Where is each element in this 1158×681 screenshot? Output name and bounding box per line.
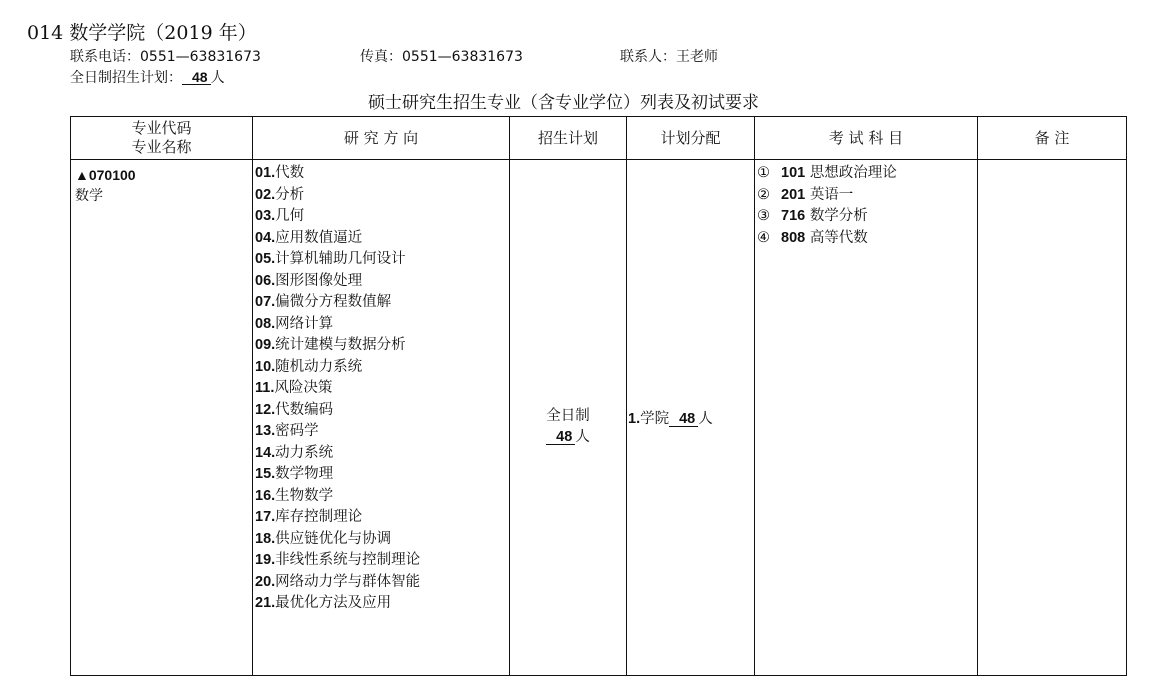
exam-code: 716 [781, 208, 805, 224]
exam-item: ④808 高等代数 [757, 228, 977, 250]
header-code: 专业代码 [71, 119, 252, 138]
direction-item: 18.供应链优化与协调 [255, 529, 509, 551]
circled-number: ④ [757, 228, 781, 250]
direction-item: 03.几何 [255, 206, 509, 228]
major-name: 数学 [75, 186, 248, 207]
exam-item: ①101 思想政治理论 [757, 163, 977, 185]
header-remarks: 备 注 [978, 117, 1127, 160]
direction-item: 15.数学物理 [255, 464, 509, 486]
direction-number: 06. [255, 273, 275, 289]
direction-item: 11.风险决策 [255, 378, 509, 400]
direction-label: 统计建模与数据分析 [275, 337, 406, 353]
direction-number: 08. [255, 316, 275, 332]
table-header-row: 专业代码 专业名称 研 究 方 向 招生计划 计划分配 考 试 科 目 备 注 [71, 117, 1127, 160]
direction-label: 数学物理 [275, 466, 333, 482]
contact-label: 联系人： [620, 49, 676, 65]
fulltime-plan: 全日制招生计划：48人 [70, 67, 225, 87]
direction-label: 密码学 [275, 423, 319, 439]
header-direction: 研 究 方 向 [253, 117, 510, 160]
direction-number: 13. [255, 423, 275, 439]
direction-item: 12.代数编码 [255, 400, 509, 422]
exam-name: 数学分析 [810, 208, 868, 224]
direction-number: 07. [255, 294, 275, 310]
plan-count: 48 [546, 430, 575, 445]
direction-number: 01. [255, 165, 275, 181]
direction-number: 15. [255, 466, 275, 482]
direction-label: 供应链优化与协调 [275, 531, 391, 547]
direction-number: 05. [255, 251, 275, 267]
header-name: 专业名称 [71, 138, 252, 157]
direction-label: 计算机辅助几何设计 [275, 251, 406, 267]
exam-cell: ①101 思想政治理论②201 英语一③716 数学分析④808 高等代数 [755, 160, 978, 676]
fax-value: 0551—63831673 [402, 49, 523, 65]
direction-item: 10.随机动力系统 [255, 357, 509, 379]
exam-name: 英语一 [810, 187, 854, 203]
exam-code: 808 [781, 230, 805, 246]
direction-number: 10. [255, 359, 275, 375]
direction-item: 14.动力系统 [255, 443, 509, 465]
direction-number: 09. [255, 337, 275, 353]
direction-item: 02.分析 [255, 185, 509, 207]
direction-item: 05.计算机辅助几何设计 [255, 249, 509, 271]
direction-number: 14. [255, 445, 275, 461]
header-code-name: 专业代码 专业名称 [71, 117, 253, 160]
direction-label: 网络动力学与群体智能 [275, 574, 420, 590]
direction-number: 17. [255, 509, 275, 525]
plan-unit: 人 [211, 70, 225, 86]
direction-number: 04. [255, 230, 275, 246]
header-allocation: 计划分配 [627, 117, 755, 160]
direction-item: 04.应用数值逼近 [255, 228, 509, 250]
direction-label: 应用数值逼近 [275, 230, 362, 246]
direction-item: 17.库存控制理论 [255, 507, 509, 529]
direction-item: 06.图形图像处理 [255, 271, 509, 293]
direction-item: 16.生物数学 [255, 486, 509, 508]
programs-table: 专业代码 专业名称 研 究 方 向 招生计划 计划分配 考 试 科 目 备 注 … [70, 116, 1127, 676]
allocation-unit: 人 [698, 411, 713, 427]
exam-item: ③716 数学分析 [757, 206, 977, 228]
plan-type: 全日制 [510, 406, 626, 427]
phone-label: 联系电话： [70, 49, 140, 65]
exam-code: 201 [781, 187, 805, 203]
direction-number: 20. [255, 574, 275, 590]
direction-number: 02. [255, 187, 275, 203]
header-exam: 考 试 科 目 [755, 117, 978, 160]
direction-number: 03. [255, 208, 275, 224]
direction-item: 09.统计建模与数据分析 [255, 335, 509, 357]
direction-number: 16. [255, 488, 275, 504]
direction-label: 分析 [275, 187, 304, 203]
header-plan: 招生计划 [510, 117, 627, 160]
plan-value: 48 [182, 70, 211, 85]
contact-fax: 传真：0551—63831673 [360, 46, 523, 66]
exam-list: ①101 思想政治理论②201 英语一③716 数学分析④808 高等代数 [755, 160, 977, 249]
direction-label: 图形图像处理 [275, 273, 362, 289]
circled-number: ② [757, 185, 781, 207]
direction-label: 偏微分方程数值解 [275, 294, 391, 310]
direction-item: 07.偏微分方程数值解 [255, 292, 509, 314]
contact-phone: 联系电话：0551—63831673 [70, 46, 261, 66]
circled-number: ③ [757, 206, 781, 228]
direction-label: 库存控制理论 [275, 509, 362, 525]
direction-item: 20.网络动力学与群体智能 [255, 572, 509, 594]
direction-item: 01.代数 [255, 163, 509, 185]
exam-name: 思想政治理论 [810, 165, 897, 181]
direction-label: 随机动力系统 [275, 359, 362, 375]
plan-unit: 人 [575, 429, 590, 445]
phone-value: 0551—63831673 [140, 49, 261, 65]
contact-value: 王老师 [676, 49, 718, 65]
exam-name: 高等代数 [810, 230, 868, 246]
direction-label: 非线性系统与控制理论 [275, 552, 420, 568]
major-code: ▲070100 [75, 165, 248, 186]
direction-label: 动力系统 [275, 445, 333, 461]
direction-item: 21.最优化方法及应用 [255, 593, 509, 615]
direction-item: 13.密码学 [255, 421, 509, 443]
allocation-prefix: 1. [628, 411, 640, 427]
page-title: 014 数学学院（2019 年） [27, 18, 257, 45]
direction-label: 最优化方法及应用 [275, 595, 391, 611]
table-caption: 硕士研究生招生专业（含专业学位）列表及初试要求 [368, 88, 759, 113]
remarks-cell [978, 160, 1127, 676]
allocation-cell: 1.学院48人 [627, 160, 755, 676]
exam-item: ②201 英语一 [757, 185, 977, 207]
table-row: ▲070100 数学 01.代数02.分析03.几何04.应用数值逼近05.计算… [71, 160, 1127, 676]
directions-cell: 01.代数02.分析03.几何04.应用数值逼近05.计算机辅助几何设计06.图… [253, 160, 510, 676]
circled-number: ① [757, 163, 781, 185]
direction-number: 12. [255, 402, 275, 418]
fax-label: 传真： [360, 49, 402, 65]
direction-label: 几何 [275, 208, 304, 224]
direction-item: 19.非线性系统与控制理论 [255, 550, 509, 572]
plan-cell: 全日制 48人 [510, 160, 627, 676]
allocation-label: 学院 [640, 411, 669, 427]
exam-code: 101 [781, 165, 805, 181]
direction-label: 网络计算 [275, 316, 333, 332]
direction-item: 08.网络计算 [255, 314, 509, 336]
contact-person: 联系人：王老师 [620, 46, 718, 66]
direction-number: 18. [255, 531, 275, 547]
direction-label: 生物数学 [275, 488, 333, 504]
plan-label: 全日制招生计划： [70, 70, 182, 86]
direction-label: 风险决策 [274, 380, 332, 396]
major-cell: ▲070100 数学 [71, 160, 253, 676]
allocation-count: 48 [669, 412, 698, 427]
direction-number: 19. [255, 552, 275, 568]
direction-label: 代数编码 [275, 402, 333, 418]
direction-number: 11. [255, 380, 274, 396]
direction-label: 代数 [275, 165, 304, 181]
direction-number: 21. [255, 595, 275, 611]
directions-list: 01.代数02.分析03.几何04.应用数值逼近05.计算机辅助几何设计06.图… [253, 160, 509, 615]
